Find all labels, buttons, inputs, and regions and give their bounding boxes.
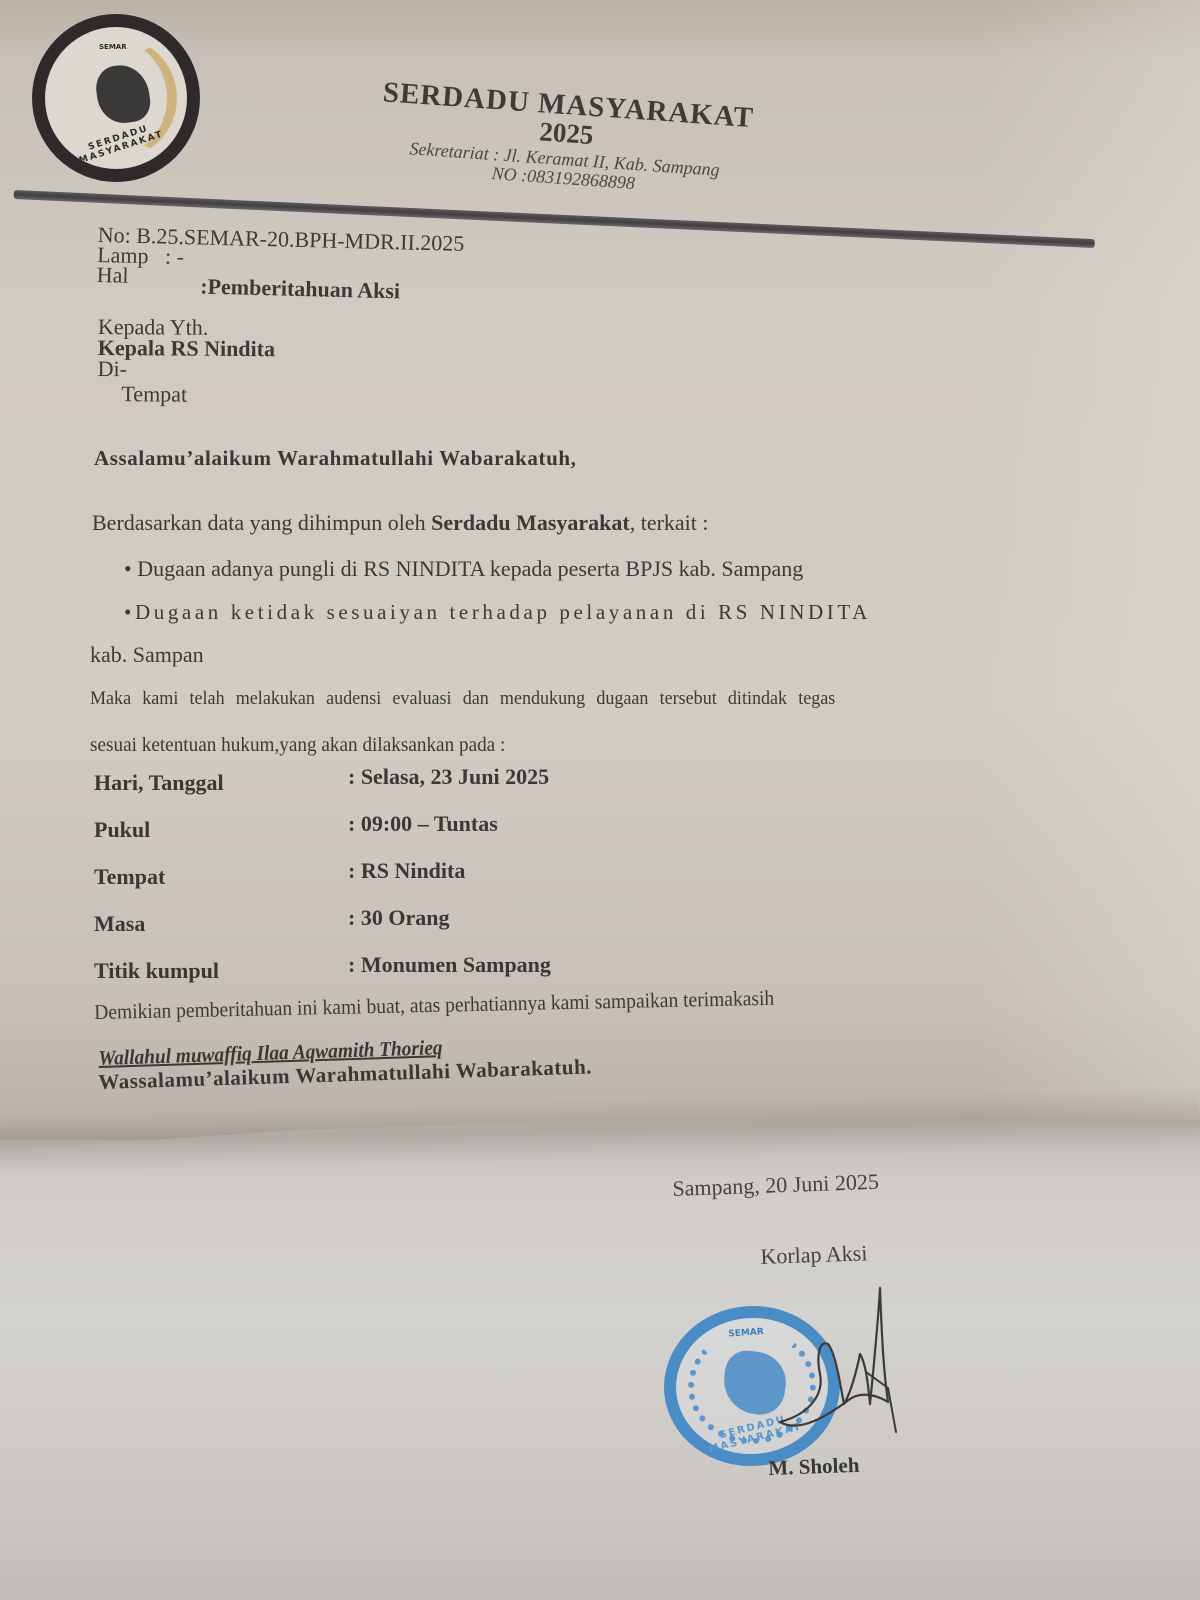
- schedule-row-time: Pukul : 09:00 – Tuntas: [94, 817, 551, 864]
- schedule-value: : 09:00 – Tuntas: [348, 811, 498, 837]
- paper-lower-half: [0, 1120, 1200, 1600]
- schedule-label: Titik kumpul: [94, 958, 348, 984]
- schedule-label: Pukul: [94, 817, 348, 843]
- schedule-value: : Monumen Sampang: [348, 952, 551, 978]
- logo-top-text: SEMAR: [99, 43, 127, 51]
- intro-suffix: , terkait :: [630, 510, 709, 535]
- allegation-bullet: • Dugaan adanya pungli di RS NINDITA kep…: [124, 556, 803, 582]
- body-paragraph-line: sesuai ketentuan hukum,yang akan dilaksa…: [90, 734, 505, 757]
- opening-greeting: Assalamu’alaikum Warahmatullahi Wabaraka…: [94, 446, 576, 471]
- allegation-bullet-continuation: kab. Sampan: [90, 642, 204, 668]
- signer-role: Korlap Aksi: [760, 1240, 868, 1270]
- subject-value: :Pemberitahuan Aksi: [200, 274, 400, 304]
- schedule-label: Tempat: [94, 864, 348, 890]
- schedule-row-date: Hari, Tanggal : Selasa, 23 Juni 2025: [94, 770, 551, 817]
- recipient-block: Kepada Yth. Kepala RS Nindita Di- Tempat: [97, 316, 275, 405]
- schedule-row-participants: Masa : 30 Orang: [94, 911, 551, 958]
- schedule-value: : Selasa, 23 Juni 2025: [348, 764, 549, 790]
- schedule-label: Hari, Tanggal: [94, 770, 348, 796]
- recipient-place: Tempat: [97, 383, 274, 405]
- organization-seal-icon: SEMAR SERDADU MASYARAKAT: [32, 14, 200, 182]
- signer-name: M. Sholeh: [768, 1453, 860, 1481]
- intro-line: Berdasarkan data yang dihimpun oleh Serd…: [92, 510, 709, 536]
- event-schedule: Hari, Tanggal : Selasa, 23 Juni 2025 Puk…: [94, 770, 551, 1005]
- attachment-value: : -: [165, 244, 185, 269]
- subject-label: Hal: [97, 265, 129, 286]
- schedule-row-location: Tempat : RS Nindita: [94, 864, 551, 911]
- intro-organization: Serdadu Masyarakat: [431, 510, 630, 535]
- schedule-value: : RS Nindita: [348, 858, 465, 884]
- handwritten-signature-icon: [770, 1284, 920, 1444]
- intro-prefix: Berdasarkan data yang dihimpun oleh: [92, 510, 431, 535]
- schedule-label: Masa: [94, 911, 348, 937]
- body-paragraph-line: Maka kami telah melakukan audensi evalua…: [90, 688, 835, 710]
- schedule-value: : 30 Orang: [348, 905, 449, 931]
- allegation-bullet: •Dugaan ketidak sesuaiyan terhadap pelay…: [124, 600, 871, 625]
- letter-meta: No: B.25.SEMAR-20.BPH-MDR.II.2025 Lamp :…: [97, 225, 465, 294]
- recipient-di: Di-: [98, 358, 275, 380]
